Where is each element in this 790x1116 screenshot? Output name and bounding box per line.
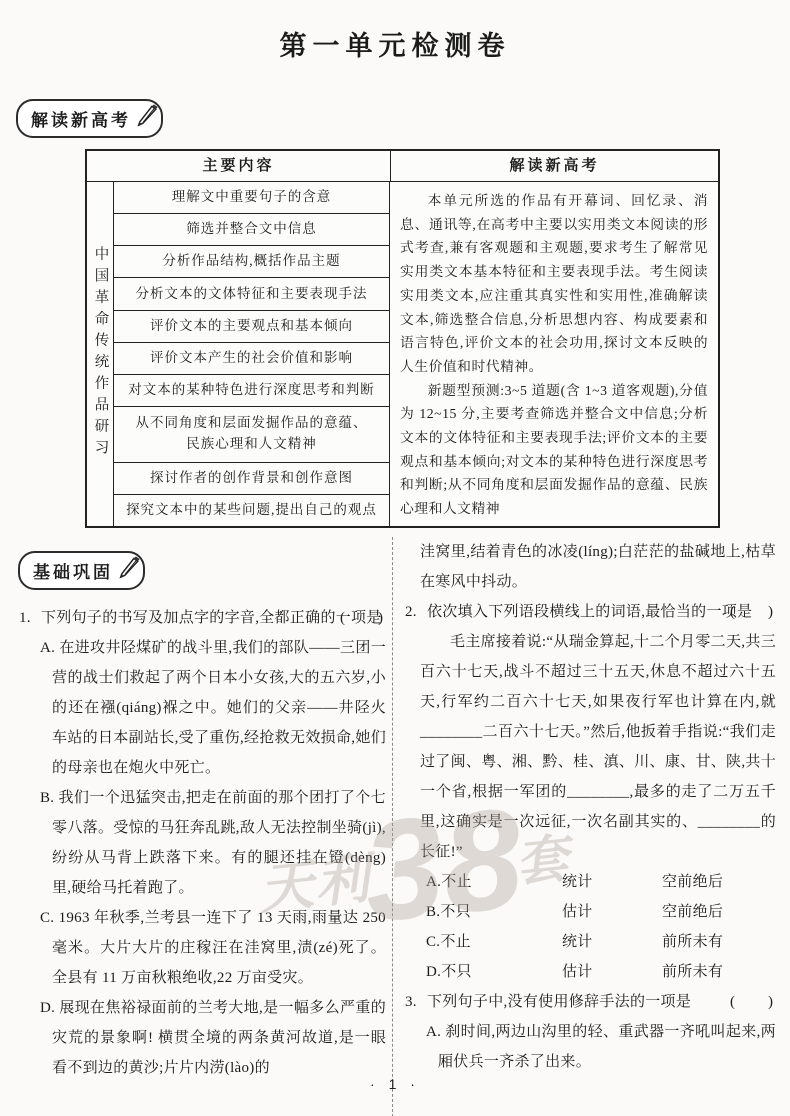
vertical-category-label: 中国革命传统作品研习	[87, 246, 114, 461]
question-3-stem: 3. 下列句子中,没有使用修辞手法的一项是 ( )	[404, 987, 776, 1017]
table-row: 探讨作者的创作背景和创作意图	[114, 463, 389, 495]
option-word: 空前绝后	[662, 897, 776, 927]
table-row: 探究文本中的某些问题,提出自己的观点	[114, 495, 389, 526]
analysis-column: 本单元所选的作品有开幕词、回忆录、消息、通讯等,在高考中主要以实用类文本阅读的形…	[390, 182, 718, 526]
option-label: A.	[426, 874, 441, 890]
option-word: 不止	[441, 874, 472, 890]
q2-option-b: B.不只 估计 空前绝后	[404, 897, 776, 927]
q2-option-d: D.不只 估计 前所未有	[404, 957, 776, 987]
question-number: 2.	[405, 597, 417, 627]
table-row: 对文本的某种特色进行深度思考和判断	[114, 375, 389, 407]
category-cell: 中国革命传统作品研习	[87, 182, 114, 526]
question-1: 1. 下列句子的书写及加点字的字音,全都正确的一项是 ( ) A. 在进攻井陉煤…	[18, 603, 386, 1083]
option-label: A.	[426, 1024, 441, 1040]
option-word: 前所未有	[662, 927, 776, 957]
table-row: 分析作品结构,概括作品主题	[114, 246, 389, 278]
answer-bracket: ( )	[730, 987, 774, 1017]
table-row: 筛选并整合文中信息	[114, 214, 389, 246]
option-word: 统计	[562, 867, 662, 897]
main-items-column: 理解文中重要句子的含意 筛选并整合文中信息 分析作品结构,概括作品主题 分析文本…	[114, 182, 390, 526]
question-3: 3. 下列句子中,没有使用修辞手法的一项是 ( ) A. 刹时间,两边山沟里的轻…	[404, 987, 776, 1077]
q1-option-d: D. 展现在焦裕禄面前的兰考大地,是一幅多么严重的灾荒的景象啊! 横贯全境的两条…	[18, 993, 386, 1083]
question-number: 3.	[405, 987, 417, 1017]
q1-option-c: C. 1963 年秋季,兰考县一连下了 13 天雨,雨量达 250 毫米。大片大…	[18, 903, 386, 993]
option-label: A.	[40, 640, 55, 656]
gaokao-badge-label: 解读新高考	[31, 106, 131, 131]
option-word: 不止	[440, 934, 471, 950]
q2-option-c: C.不止 统计 前所未有	[404, 927, 776, 957]
gaokao-badge: 解读新高考	[16, 99, 163, 138]
answer-bracket: ( )	[730, 597, 774, 627]
question-stem-text: 下列句子中,没有使用修辞手法的一项是	[427, 994, 691, 1010]
table-row: 分析文本的文体特征和主要表现手法	[114, 278, 389, 310]
left-column: 基础巩固 1. 下列句子的书写及加点字的字音,全都正确的一项是	[18, 537, 392, 1116]
option-label: B.	[426, 904, 440, 920]
pencil-icon	[133, 104, 163, 133]
basics-badge-label: 基础巩固	[33, 558, 113, 583]
question-2: 2. 依次填入下列语段横线上的词语,最恰当的一项是 ( ) 毛主席接着说:“从瑞…	[404, 597, 776, 987]
section-header-basics: 基础巩固	[18, 551, 386, 590]
q1-option-b: B. 我们一个迅猛突击,把走在前面的那个团打了个七零八落。受惊的马狂奔乱跳,敌人…	[18, 783, 386, 903]
pencil-icon	[115, 556, 145, 585]
table-row: 评价文本产生的社会价值和影响	[114, 343, 389, 375]
question-stem-text: 依次填入下列语段横线上的词语,最恰当的一项是	[427, 604, 752, 620]
right-column: 洼窝里,结着青色的冰凌(líng);白茫茫的盐碱地上,枯草在寒风中抖动。 2. …	[392, 537, 776, 1116]
section-header-gaokao: 解读新高考	[16, 99, 790, 138]
option-text: 在进攻井陉煤矿的战斗里,我们的部队——三团一营的战士们救起了两个日本小女孩,大的…	[52, 640, 386, 776]
basics-badge: 基础巩固	[18, 551, 145, 590]
overview-table: 主要内容 解读新高考 中国革命传统作品研习 理解文中重要句子的含意 筛选并整合文…	[85, 149, 720, 528]
q2-option-a: A.不止 统计 空前绝后	[404, 867, 776, 897]
option-label: D.	[40, 1000, 55, 1016]
option-word: 估计	[562, 897, 662, 927]
question-columns: 基础巩固 1. 下列句子的书写及加点字的字音,全都正确的一项是	[18, 537, 776, 1116]
option-label: C.	[40, 910, 54, 926]
table-row: 从不同角度和层面发掘作品的意蕴、 民族心理和人文精神	[114, 407, 389, 462]
page-number: · 1 ·	[0, 1076, 790, 1092]
option-label: C.	[426, 934, 440, 950]
question-1-stem: 1. 下列句子的书写及加点字的字音,全都正确的一项是 ( )	[18, 603, 386, 633]
analysis-paragraph: 新题型预测:3~5 道题(含 1~3 道客观题),分值为 12~15 分,主要考…	[400, 379, 708, 521]
option-word: 估计	[562, 957, 662, 987]
option-word: 空前绝后	[662, 867, 776, 897]
option-word: 不只	[441, 964, 472, 980]
analysis-paragraph: 本单元所选的作品有开幕词、回忆录、消息、通讯等,在高考中主要以实用类文本阅读的形…	[400, 189, 708, 379]
option-word: 不只	[440, 904, 471, 920]
table-row: 评价文本的主要观点和基本倾向	[114, 311, 389, 343]
option-text: 1963 年秋季,兰考县一连下了 13 天雨,雨量达 250 毫米。大片大片的庄…	[52, 910, 386, 986]
question-stem-text: 下列句子的书写及加点字的字音,全都正确的一项是	[41, 610, 382, 626]
option-label: D.	[426, 964, 441, 980]
overview-table-header: 主要内容 解读新高考	[87, 151, 718, 182]
q1-option-d-continuation: 洼窝里,结着青色的冰凌(líng);白茫茫的盐碱地上,枯草在寒风中抖动。	[404, 537, 776, 597]
option-text: 我们一个迅猛突击,把走在前面的那个团打了个七零八落。受惊的马狂奔乱跳,敌人无法控…	[52, 790, 386, 896]
question-number: 1.	[19, 603, 31, 633]
option-word: 统计	[562, 927, 662, 957]
table-row: 理解文中重要句子的含意	[114, 182, 389, 214]
header-gaokao-analysis: 解读新高考	[391, 151, 718, 181]
q1-option-a: A. 在进攻井陉煤矿的战斗里,我们的部队——三团一营的战士们救起了两个日本小女孩…	[18, 633, 386, 783]
option-text: 刹时间,两边山沟里的轻、重武器一齐吼叫起来,两厢伏兵一齐杀了出来。	[438, 1024, 776, 1070]
question-2-stem: 2. 依次填入下列语段横线上的词语,最恰当的一项是 ( )	[404, 597, 776, 627]
option-label: B.	[40, 790, 54, 806]
answer-bracket: ( )	[340, 603, 384, 633]
q2-passage: 毛主席接着说:“从瑞金算起,十二个月零二天,共三百六十七天,战斗不超过三十五天,…	[404, 627, 776, 867]
q3-option-a: A. 刹时间,两边山沟里的轻、重武器一齐吼叫起来,两厢伏兵一齐杀了出来。	[404, 1017, 776, 1077]
header-main-content: 主要内容	[87, 151, 391, 181]
page-title: 第一单元检测卷	[0, 0, 790, 63]
option-word: 前所未有	[662, 957, 776, 987]
option-text: 展现在焦裕禄面前的兰考大地,是一幅多么严重的灾荒的景象啊! 横贯全境的两条黄河故…	[52, 1000, 386, 1076]
